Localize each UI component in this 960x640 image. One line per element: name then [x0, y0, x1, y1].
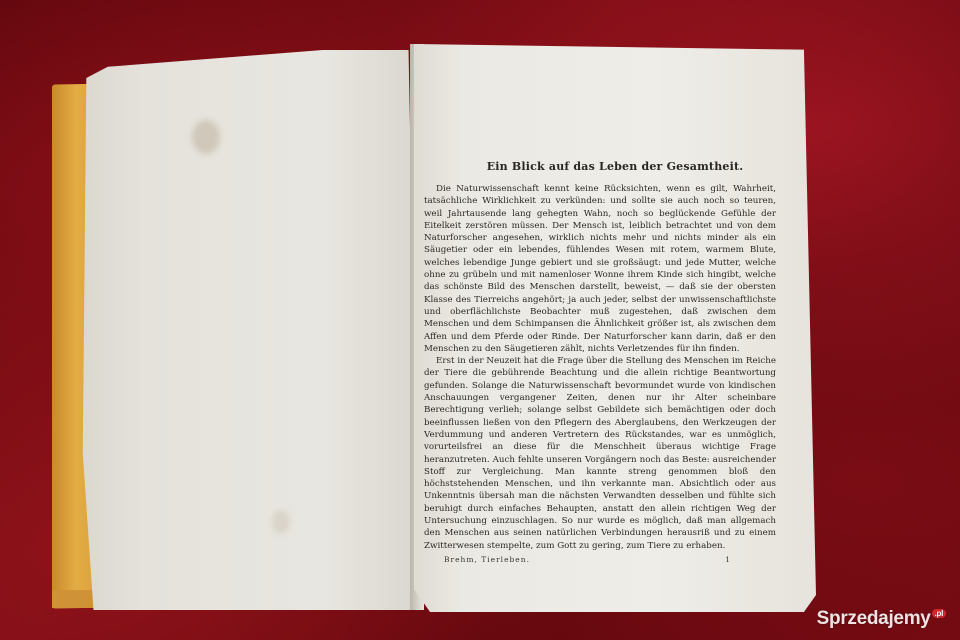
page-stain — [272, 510, 290, 534]
body-paragraph: Erst in der Neuzeit hat die Frage über d… — [424, 355, 776, 552]
watermark-suffix: .pl — [932, 609, 946, 618]
page-footer: Brehm, Tierleben. 1 — [440, 555, 730, 564]
page-stain — [192, 120, 220, 154]
page-number: 1 — [725, 555, 730, 564]
signature-mark: Brehm, Tierleben. — [440, 555, 530, 564]
chapter-heading: Ein Blick auf das Leben der Gesamtheit. — [454, 160, 776, 173]
left-page-blank — [72, 50, 430, 610]
sprzedajemy-watermark: Sprzedajemy .pl — [817, 608, 946, 630]
photo-scene: Ein Blick auf das Leben der Gesamtheit. … — [0, 0, 960, 640]
page-content: Ein Blick auf das Leben der Gesamtheit. … — [424, 160, 776, 552]
watermark-brand: Sprzedajemy — [817, 608, 931, 630]
body-paragraph: Die Naturwissenschaft kennt keine Rücksi… — [424, 183, 776, 355]
